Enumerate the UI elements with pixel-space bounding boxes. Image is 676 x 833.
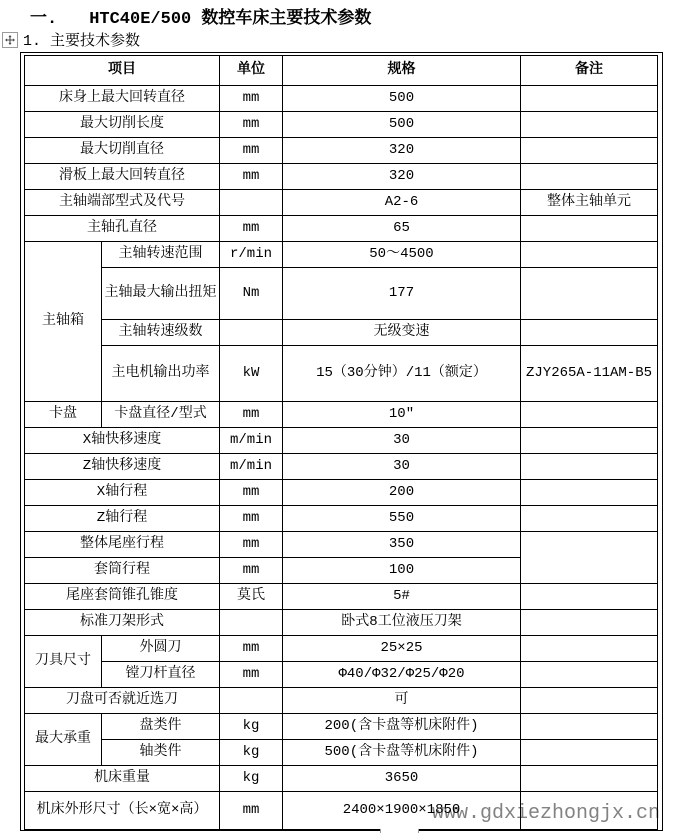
unit-cell: kg: [220, 766, 283, 792]
note-cell: [521, 662, 658, 688]
spec-value-cell: 10″: [283, 402, 521, 428]
note-cell: [521, 268, 658, 320]
spec-table: 项目单位规格备注床身上最大回转直径mm500最大切削长度mm500最大切削直径m…: [24, 55, 658, 830]
item-label-cell: Z轴快移速度: [25, 454, 220, 480]
unit-cell: [220, 190, 283, 216]
table-row: 项目单位规格备注: [25, 56, 658, 86]
unit-cell: Nm: [220, 268, 283, 320]
note-cell: [521, 506, 658, 532]
item-label-cell: Z轴行程: [25, 506, 220, 532]
spec-value-cell: 200(含卡盘等机床附件): [283, 714, 521, 740]
table-row: 最大承重盘类件kg200(含卡盘等机床附件): [25, 714, 658, 740]
spec-value-cell: 350: [283, 532, 521, 558]
spec-value-cell: 320: [283, 164, 521, 190]
unit-cell: mm: [220, 480, 283, 506]
item-label-cell: 刀盘可否就近选刀: [25, 688, 220, 714]
item-label-cell: 主轴转速级数: [102, 320, 220, 346]
unit-cell: mm: [220, 112, 283, 138]
spec-value-cell: 320: [283, 138, 521, 164]
item-label-cell: 套筒行程: [25, 558, 220, 584]
unit-cell: mm: [220, 164, 283, 190]
unit-cell: kg: [220, 714, 283, 740]
unit-cell: m/min: [220, 454, 283, 480]
spec-value-cell: 65: [283, 216, 521, 242]
spec-value-cell: 25×25: [283, 636, 521, 662]
table-row: 尾座套筒锥孔锥度莫氏5#: [25, 584, 658, 610]
note-cell: [521, 766, 658, 792]
unit-cell: mm: [220, 506, 283, 532]
note-cell: [521, 454, 658, 480]
table-move-handle[interactable]: [2, 32, 18, 48]
item-label-cell: 主轴转速范围: [102, 242, 220, 268]
unit-cell: [220, 610, 283, 636]
item-label-cell: 卡盘直径/型式: [102, 402, 220, 428]
unit-cell: m/min: [220, 428, 283, 454]
subtitle-row: 1. 主要技术参数: [2, 29, 140, 50]
unit-cell: 莫氏: [220, 584, 283, 610]
table-row: 主轴孔直径mm65: [25, 216, 658, 242]
item-label-cell: 机床外形尺寸（长×宽×高）: [25, 792, 220, 830]
note-cell: [521, 242, 658, 268]
note-cell: [521, 320, 658, 346]
note-cell: [521, 112, 658, 138]
note-cell: [521, 584, 658, 610]
spec-value-cell: 500: [283, 112, 521, 138]
note-cell: [521, 428, 658, 454]
unit-cell: r/min: [220, 242, 283, 268]
partial-cell-fragment: [380, 829, 419, 833]
item-label-cell: 机床重量: [25, 766, 220, 792]
note-cell: [521, 402, 658, 428]
spec-value-cell: Φ40/Φ32/Φ25/Φ20: [283, 662, 521, 688]
spec-value-cell: 15（30分钟）/11（额定）: [283, 346, 521, 402]
item-label-cell: 主轴最大输出扭矩: [102, 268, 220, 320]
unit-cell: [220, 688, 283, 714]
spec-value-cell: 2400×1900×1850: [283, 792, 521, 830]
column-header: 备注: [521, 56, 658, 86]
table-row: 卡盘卡盘直径/型式mm10″: [25, 402, 658, 428]
table-row: 标准刀架形式卧式8工位液压刀架: [25, 610, 658, 636]
table-row: 轴类件kg500(含卡盘等机床附件): [25, 740, 658, 766]
column-header: 规格: [283, 56, 521, 86]
spec-value-cell: 500: [283, 86, 521, 112]
spec-value-cell: 30: [283, 454, 521, 480]
table-row: 镗刀杆直径mmΦ40/Φ32/Φ25/Φ20: [25, 662, 658, 688]
spec-value-cell: 可: [283, 688, 521, 714]
table-row: 最大切削长度mm500: [25, 112, 658, 138]
note-cell: [521, 636, 658, 662]
table-row: 主轴端部型式及代号A2-6整体主轴单元: [25, 190, 658, 216]
spec-value-cell: 200: [283, 480, 521, 506]
spec-value-cell: 100: [283, 558, 521, 584]
note-cell: [521, 792, 658, 830]
spec-value-cell: 3650: [283, 766, 521, 792]
item-label-cell: X轴行程: [25, 480, 220, 506]
item-label-cell: 主轴端部型式及代号: [25, 190, 220, 216]
section-subtitle: 1. 主要技术参数: [23, 29, 140, 50]
table-row: 主轴箱主轴转速范围r/min50～4500: [25, 242, 658, 268]
group-label-cell: 卡盘: [25, 402, 102, 428]
spec-value-cell: 卧式8工位液压刀架: [283, 610, 521, 636]
item-label-cell: 最大切削长度: [25, 112, 220, 138]
item-label-cell: 外圆刀: [102, 636, 220, 662]
note-cell: [521, 688, 658, 714]
unit-cell: mm: [220, 558, 283, 584]
note-cell: [521, 216, 658, 242]
spec-value-cell: 5#: [283, 584, 521, 610]
unit-cell: kg: [220, 740, 283, 766]
title-text: HTC40E/500 数控车床主要技术参数: [89, 10, 371, 29]
item-label-cell: 轴类件: [102, 740, 220, 766]
unit-cell: mm: [220, 532, 283, 558]
unit-cell: mm: [220, 402, 283, 428]
spec-value-cell: 30: [283, 428, 521, 454]
item-label-cell: 床身上最大回转直径: [25, 86, 220, 112]
item-label-cell: 滑板上最大回转直径: [25, 164, 220, 190]
item-label-cell: 主轴孔直径: [25, 216, 220, 242]
table-row: 滑板上最大回转直径mm320: [25, 164, 658, 190]
unit-cell: mm: [220, 662, 283, 688]
table-row: X轴快移速度m/min30: [25, 428, 658, 454]
item-label-cell: 标准刀架形式: [25, 610, 220, 636]
table-row: 机床重量kg3650: [25, 766, 658, 792]
page-title: 一.HTC40E/500 数控车床主要技术参数: [30, 3, 371, 29]
unit-cell: mm: [220, 216, 283, 242]
note-cell: [521, 164, 658, 190]
unit-cell: mm: [220, 792, 283, 830]
title-number: 一.: [30, 3, 57, 29]
note-cell: [521, 86, 658, 112]
table-row: 床身上最大回转直径mm500: [25, 86, 658, 112]
unit-cell: mm: [220, 86, 283, 112]
table-row: 整体尾座行程mm350: [25, 532, 658, 558]
table-frame: 项目单位规格备注床身上最大回转直径mm500最大切削长度mm500最大切削直径m…: [20, 52, 663, 831]
table-row: 刀盘可否就近选刀可: [25, 688, 658, 714]
spec-value-cell: 50～4500: [283, 242, 521, 268]
group-label-cell: 刀具尺寸: [25, 636, 102, 688]
note-cell: [521, 740, 658, 766]
spec-value-cell: 无级变速: [283, 320, 521, 346]
note-cell: ZJY265A-11AM-B5: [521, 346, 658, 402]
unit-cell: kW: [220, 346, 283, 402]
column-header: 单位: [220, 56, 283, 86]
item-label-cell: 最大切削直径: [25, 138, 220, 164]
note-cell: [521, 610, 658, 636]
item-label-cell: 尾座套筒锥孔锥度: [25, 584, 220, 610]
table-row: 刀具尺寸外圆刀mm25×25: [25, 636, 658, 662]
note-cell: [521, 138, 658, 164]
move-arrows-icon: [5, 35, 15, 45]
note-cell: [521, 532, 658, 584]
column-header: 项目: [25, 56, 220, 86]
unit-cell: mm: [220, 636, 283, 662]
unit-cell: [220, 320, 283, 346]
table-row: 主轴转速级数无级变速: [25, 320, 658, 346]
table-row: 主电机输出功率kW15（30分钟）/11（额定）ZJY265A-11AM-B5: [25, 346, 658, 402]
item-label-cell: 镗刀杆直径: [102, 662, 220, 688]
spec-value-cell: 500(含卡盘等机床附件): [283, 740, 521, 766]
spec-value-cell: 550: [283, 506, 521, 532]
spec-value-cell: A2-6: [283, 190, 521, 216]
table-row: 最大切削直径mm320: [25, 138, 658, 164]
table-row: 主轴最大输出扭矩Nm177: [25, 268, 658, 320]
item-label-cell: X轴快移速度: [25, 428, 220, 454]
item-label-cell: 整体尾座行程: [25, 532, 220, 558]
note-cell: [521, 714, 658, 740]
group-label-cell: 最大承重: [25, 714, 102, 766]
note-cell: 整体主轴单元: [521, 190, 658, 216]
spec-value-cell: 177: [283, 268, 521, 320]
note-cell: [521, 480, 658, 506]
group-label-cell: 主轴箱: [25, 242, 102, 402]
table-row: X轴行程mm200: [25, 480, 658, 506]
item-label-cell: 盘类件: [102, 714, 220, 740]
unit-cell: mm: [220, 138, 283, 164]
table-row: Z轴行程mm550: [25, 506, 658, 532]
table-row: 机床外形尺寸（长×宽×高）mm2400×1900×1850: [25, 792, 658, 830]
table-row: Z轴快移速度m/min30: [25, 454, 658, 480]
item-label-cell: 主电机输出功率: [102, 346, 220, 402]
